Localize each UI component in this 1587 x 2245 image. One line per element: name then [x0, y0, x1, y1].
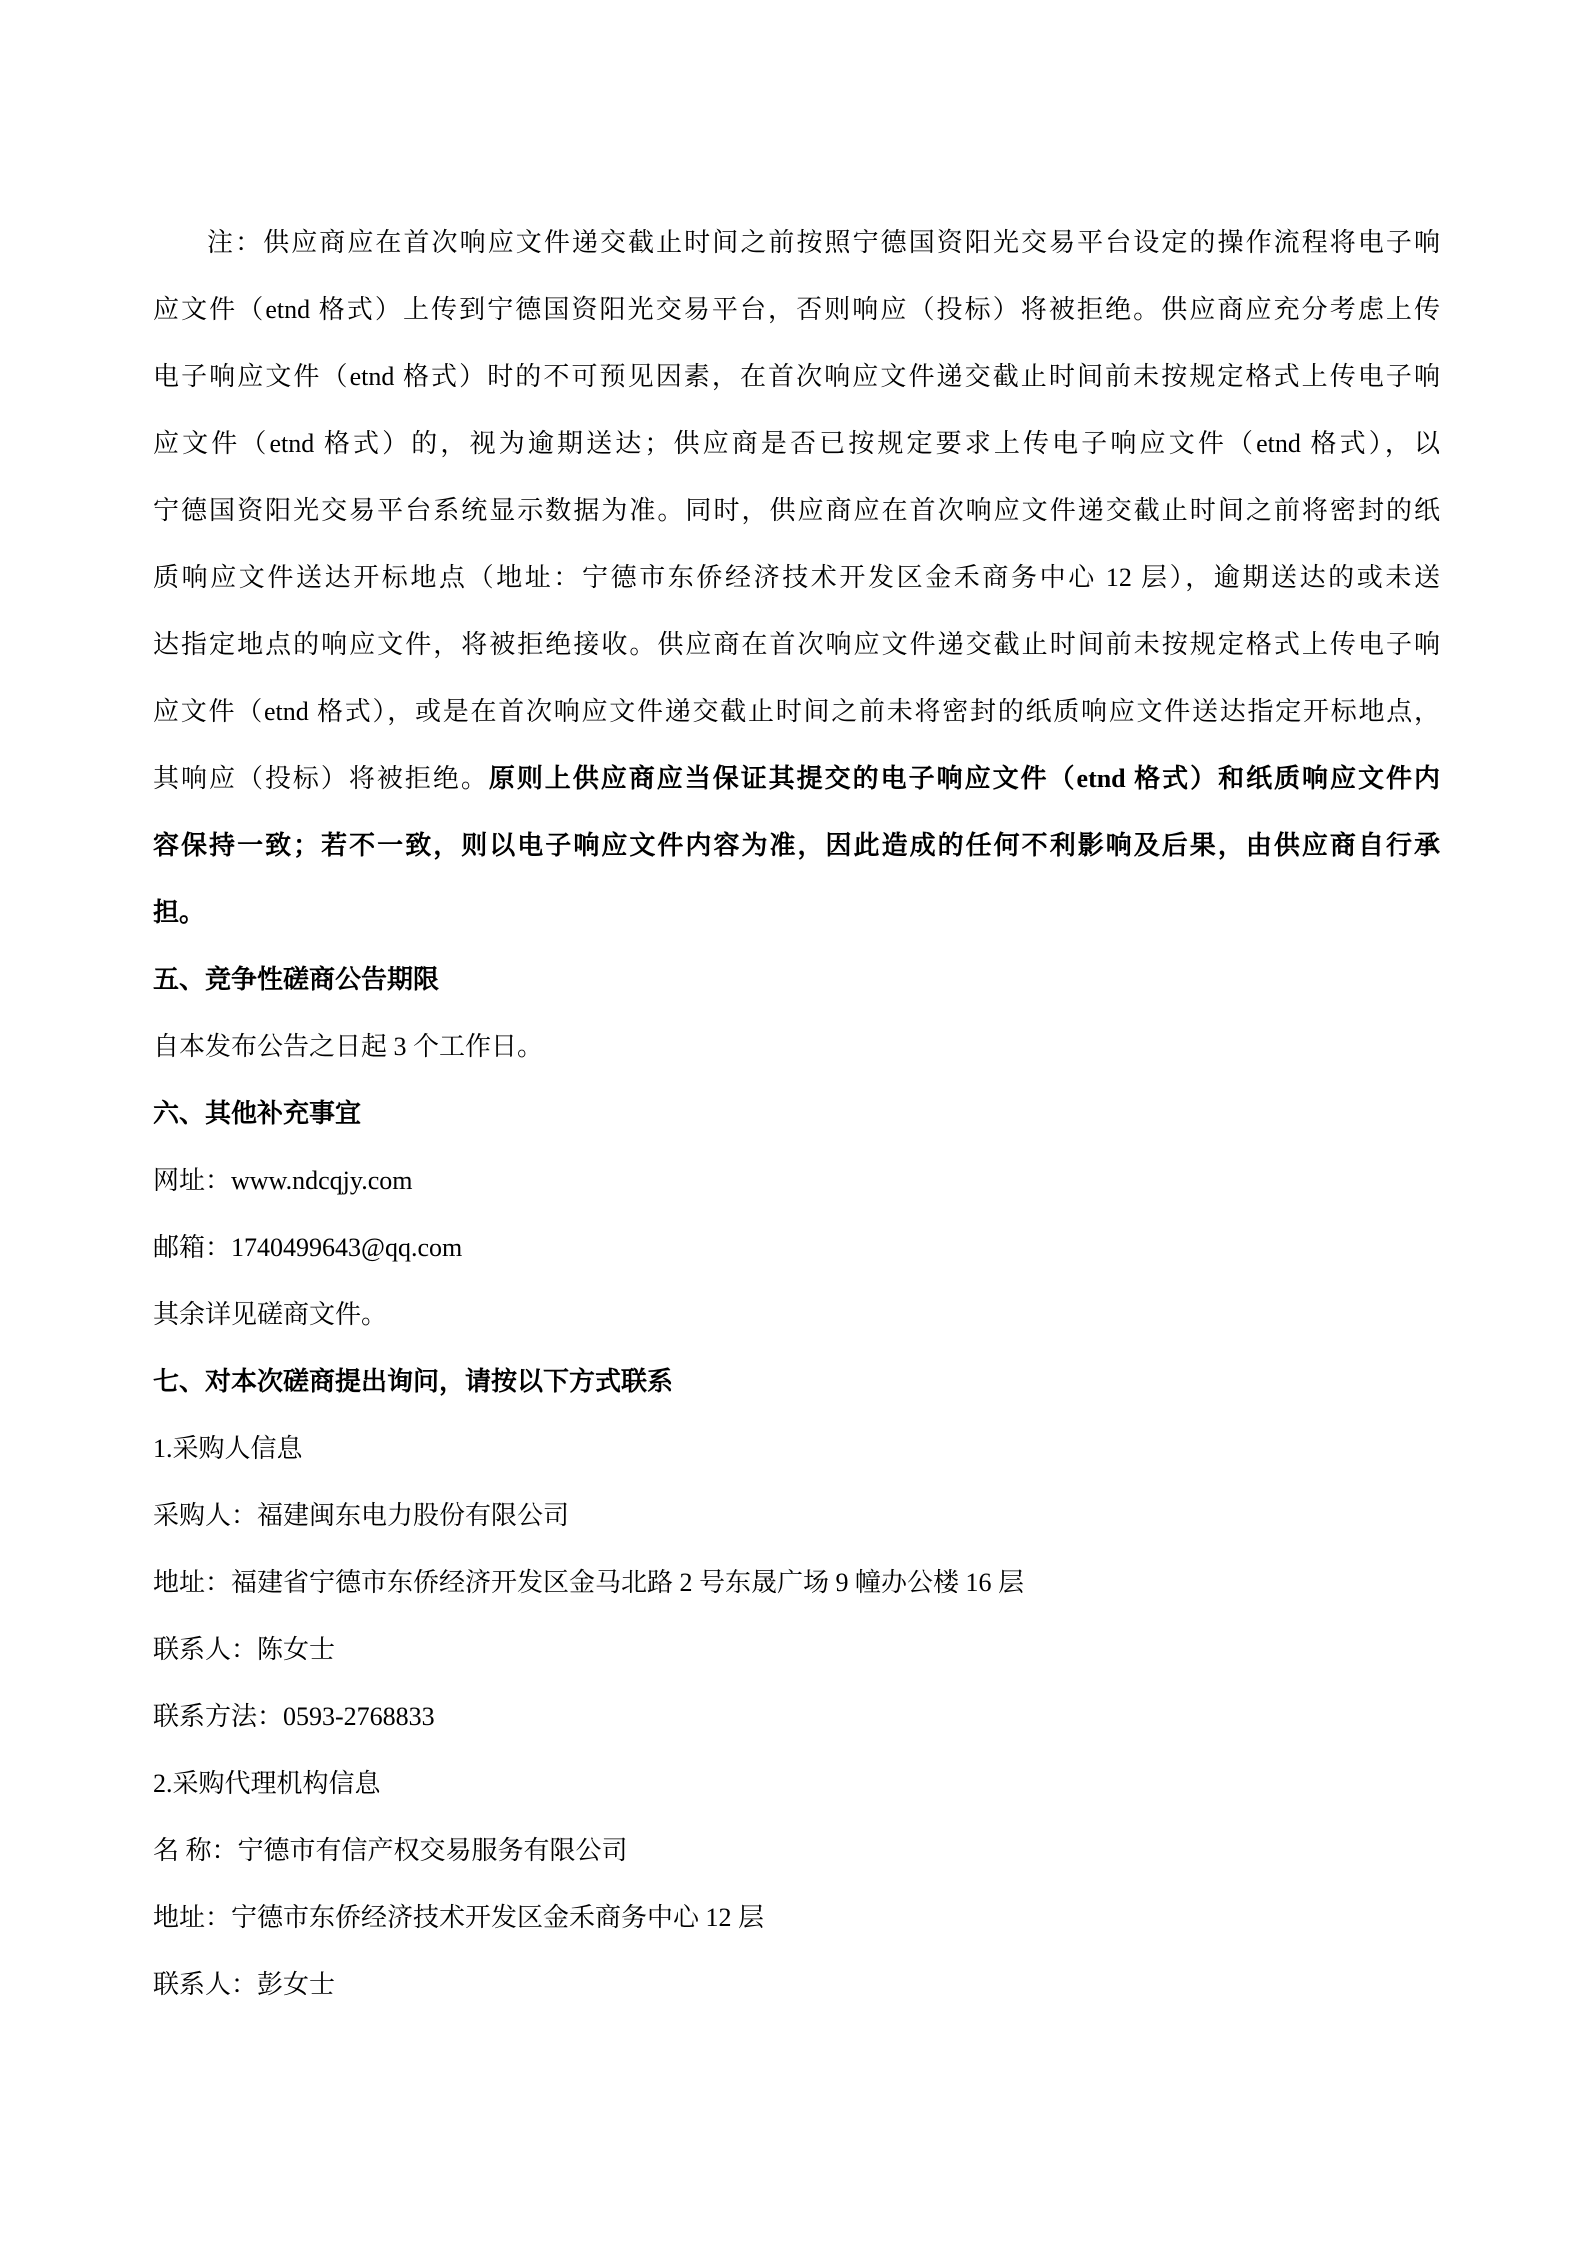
note-line-7: 达指定地点的响应文件，将被拒绝接收。供应商在首次响应文件递交截止时间前未按规定格… [153, 625, 1440, 692]
note-line-2: 应文件（etnd 格式）上传到宁德国资阳光交易平台，否则响应（投标）将被拒绝。供… [153, 290, 1440, 357]
note-line-2-text-0: 应文件（etnd 格式）上传到宁德国资阳光交易平台，否则响应（投标）将被拒绝。供… [153, 295, 1440, 324]
agency-address-line-text-0: 地址：宁德市东侨经济技术开发区金禾商务中心 12 层 [153, 1903, 764, 1932]
note-line-8: 应文件（etnd 格式），或是在首次响应文件递交截止时间之前未将密封的纸质响应文… [153, 692, 1440, 759]
website-line: 网址：www.ndcqjy.com [153, 1161, 1440, 1228]
section-5-heading: 五、竞争性磋商公告期限 [153, 960, 1440, 1027]
purchaser-phone-line-text-0: 联系方法：0593-2768833 [153, 1702, 435, 1731]
section-5-heading-text-0: 五、竞争性磋商公告期限 [153, 965, 439, 994]
note-line-9: 其响应（投标）将被拒绝。原则上供应商应当保证其提交的电子响应文件（etnd 格式… [153, 759, 1440, 826]
note-line-11: 担。 [153, 893, 1440, 960]
purchaser-phone-line: 联系方法：0593-2768833 [153, 1697, 1440, 1764]
document-content: 注：供应商应在首次响应文件递交截止时间之前按照宁德国资阳光交易平台设定的操作流程… [153, 223, 1440, 2032]
note-line-5-text-0: 宁德国资阳光交易平台系统显示数据为准。同时，供应商应在首次响应文件递交截止时间之… [153, 496, 1440, 525]
note-line-4-text-0: 应文件（etnd 格式）的，视为逾期送达；供应商是否已按规定要求上传电子响应文件… [153, 429, 1440, 458]
more-details-line: 其余详见磋商文件。 [153, 1295, 1440, 1362]
section-7-heading: 七、对本次磋商提出询问，请按以下方式联系 [153, 1362, 1440, 1429]
section-6-heading-text-0: 六、其他补充事宜 [153, 1099, 361, 1128]
purchaser-contact-line: 联系人：陈女士 [153, 1630, 1440, 1697]
website-line-text-0: 网址：www.ndcqjy.com [153, 1166, 412, 1195]
note-line-11-text-0: 担。 [153, 898, 205, 927]
note-line-3-text-0: 电子响应文件（etnd 格式）时的不可预见因素，在首次响应文件递交截止时间前未按… [153, 362, 1440, 391]
agency-contact-line-text-0: 联系人：彭女士 [153, 1970, 335, 1999]
section-7-heading-text-0: 七、对本次磋商提出询问，请按以下方式联系 [153, 1367, 673, 1396]
announcement-period: 自本发布公告之日起 3 个工作日。 [153, 1027, 1440, 1094]
note-line-8-text-0: 应文件（etnd 格式），或是在首次响应文件递交截止时间之前未将密封的纸质响应文… [153, 697, 1440, 726]
purchaser-name-line-text-0: 采购人：福建闽东电力股份有限公司 [153, 1501, 569, 1530]
purchaser-info-title-text-0: 1.采购人信息 [153, 1434, 303, 1463]
note-line-3: 电子响应文件（etnd 格式）时的不可预见因素，在首次响应文件递交截止时间前未按… [153, 357, 1440, 424]
note-line-4: 应文件（etnd 格式）的，视为逾期送达；供应商是否已按规定要求上传电子响应文件… [153, 424, 1440, 491]
purchaser-address-line: 地址：福建省宁德市东侨经济开发区金马北路 2 号东晟广场 9 幢办公楼 16 层 [153, 1563, 1440, 1630]
email-line-text-0: 邮箱：1740499643@qq.com [153, 1233, 462, 1262]
note-line-7-text-0: 达指定地点的响应文件，将被拒绝接收。供应商在首次响应文件递交截止时间前未按规定格… [153, 630, 1440, 659]
purchaser-name-line: 采购人：福建闽东电力股份有限公司 [153, 1496, 1440, 1563]
agency-name-line: 名 称：宁德市有信产权交易服务有限公司 [153, 1831, 1440, 1898]
note-line-5: 宁德国资阳光交易平台系统显示数据为准。同时，供应商应在首次响应文件递交截止时间之… [153, 491, 1440, 558]
note-line-9-text-0: 其响应（投标）将被拒绝。 [153, 764, 489, 793]
purchaser-contact-line-text-0: 联系人：陈女士 [153, 1635, 335, 1664]
email-line: 邮箱：1740499643@qq.com [153, 1228, 1440, 1295]
note-line-10-text-0: 容保持一致；若不一致，则以电子响应文件内容为准，因此造成的任何不利影响及后果，由… [153, 831, 1440, 860]
agency-contact-line: 联系人：彭女士 [153, 1965, 1440, 2032]
agency-name-line-text-0: 名 称：宁德市有信产权交易服务有限公司 [153, 1836, 628, 1865]
purchaser-info-title: 1.采购人信息 [153, 1429, 1440, 1496]
more-details-line-text-0: 其余详见磋商文件。 [153, 1300, 387, 1329]
section-6-heading: 六、其他补充事宜 [153, 1094, 1440, 1161]
note-line-1-text-0: 注：供应商应在首次响应文件递交截止时间之前按照宁德国资阳光交易平台设定的操作流程… [207, 228, 1440, 257]
note-line-10: 容保持一致；若不一致，则以电子响应文件内容为准，因此造成的任何不利影响及后果，由… [153, 826, 1440, 893]
announcement-period-text-0: 自本发布公告之日起 3 个工作日。 [153, 1032, 543, 1061]
note-line-1: 注：供应商应在首次响应文件递交截止时间之前按照宁德国资阳光交易平台设定的操作流程… [153, 223, 1440, 290]
purchaser-address-line-text-0: 地址：福建省宁德市东侨经济开发区金马北路 2 号东晟广场 9 幢办公楼 16 层 [153, 1568, 1024, 1597]
note-line-9-text-1: 原则上供应商应当保证其提交的电子响应文件（etnd 格式）和纸质响应文件内 [489, 764, 1440, 793]
agency-address-line: 地址：宁德市东侨经济技术开发区金禾商务中心 12 层 [153, 1898, 1440, 1965]
note-line-6: 质响应文件送达开标地点（地址：宁德市东侨经济技术开发区金禾商务中心 12 层），… [153, 558, 1440, 625]
agency-info-title: 2.采购代理机构信息 [153, 1764, 1440, 1831]
document-page: 注：供应商应在首次响应文件递交截止时间之前按照宁德国资阳光交易平台设定的操作流程… [0, 0, 1587, 2245]
agency-info-title-text-0: 2.采购代理机构信息 [153, 1769, 381, 1798]
note-line-6-text-0: 质响应文件送达开标地点（地址：宁德市东侨经济技术开发区金禾商务中心 12 层），… [153, 563, 1440, 592]
